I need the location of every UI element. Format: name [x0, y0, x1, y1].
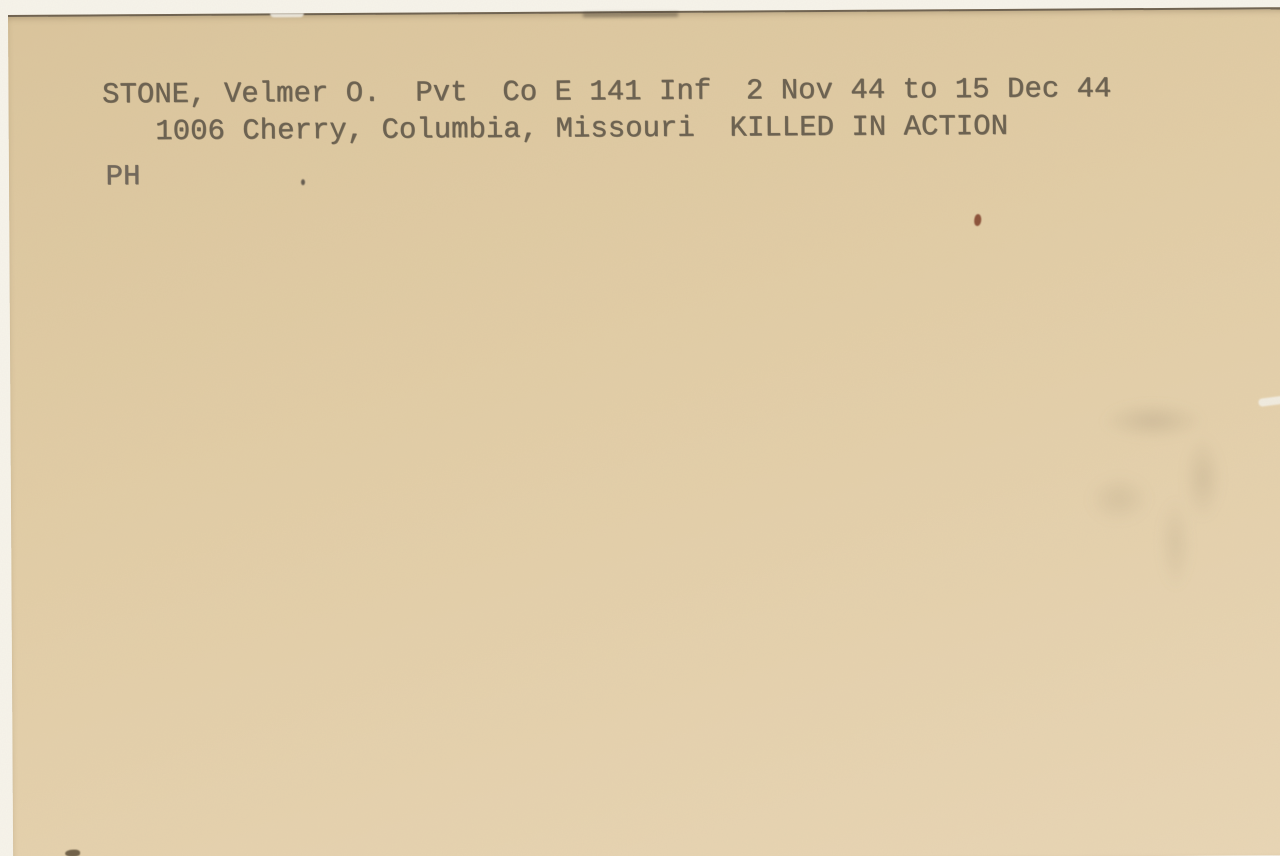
- right-edge-chip: [1258, 396, 1280, 407]
- home-address: 1006 Cherry, Columbia, Missouri: [155, 112, 695, 148]
- index-card: STONE, Velmer O.PvtCo E 141 Inf2 Nov 44 …: [8, 7, 1280, 856]
- award-abbreviation: PH: [106, 160, 141, 193]
- casualty-status: KILLED IN ACTION: [730, 110, 1009, 145]
- typed-line-award: PH: [36, 133, 141, 221]
- dark-speck: [301, 179, 305, 185]
- bottom-edge-speck: [65, 850, 80, 856]
- top-edge-smudge: [583, 12, 678, 18]
- scanned-page: { "card": { "line1": { "name": "STONE, V…: [0, 0, 1280, 856]
- red-ink-speck: [974, 214, 983, 227]
- top-edge-notch: [270, 13, 304, 17]
- typed-line-address-status: 1006 Cherry, Columbia, MissouriKILLED IN…: [85, 83, 1008, 176]
- faint-smudge-stain: [1045, 387, 1261, 593]
